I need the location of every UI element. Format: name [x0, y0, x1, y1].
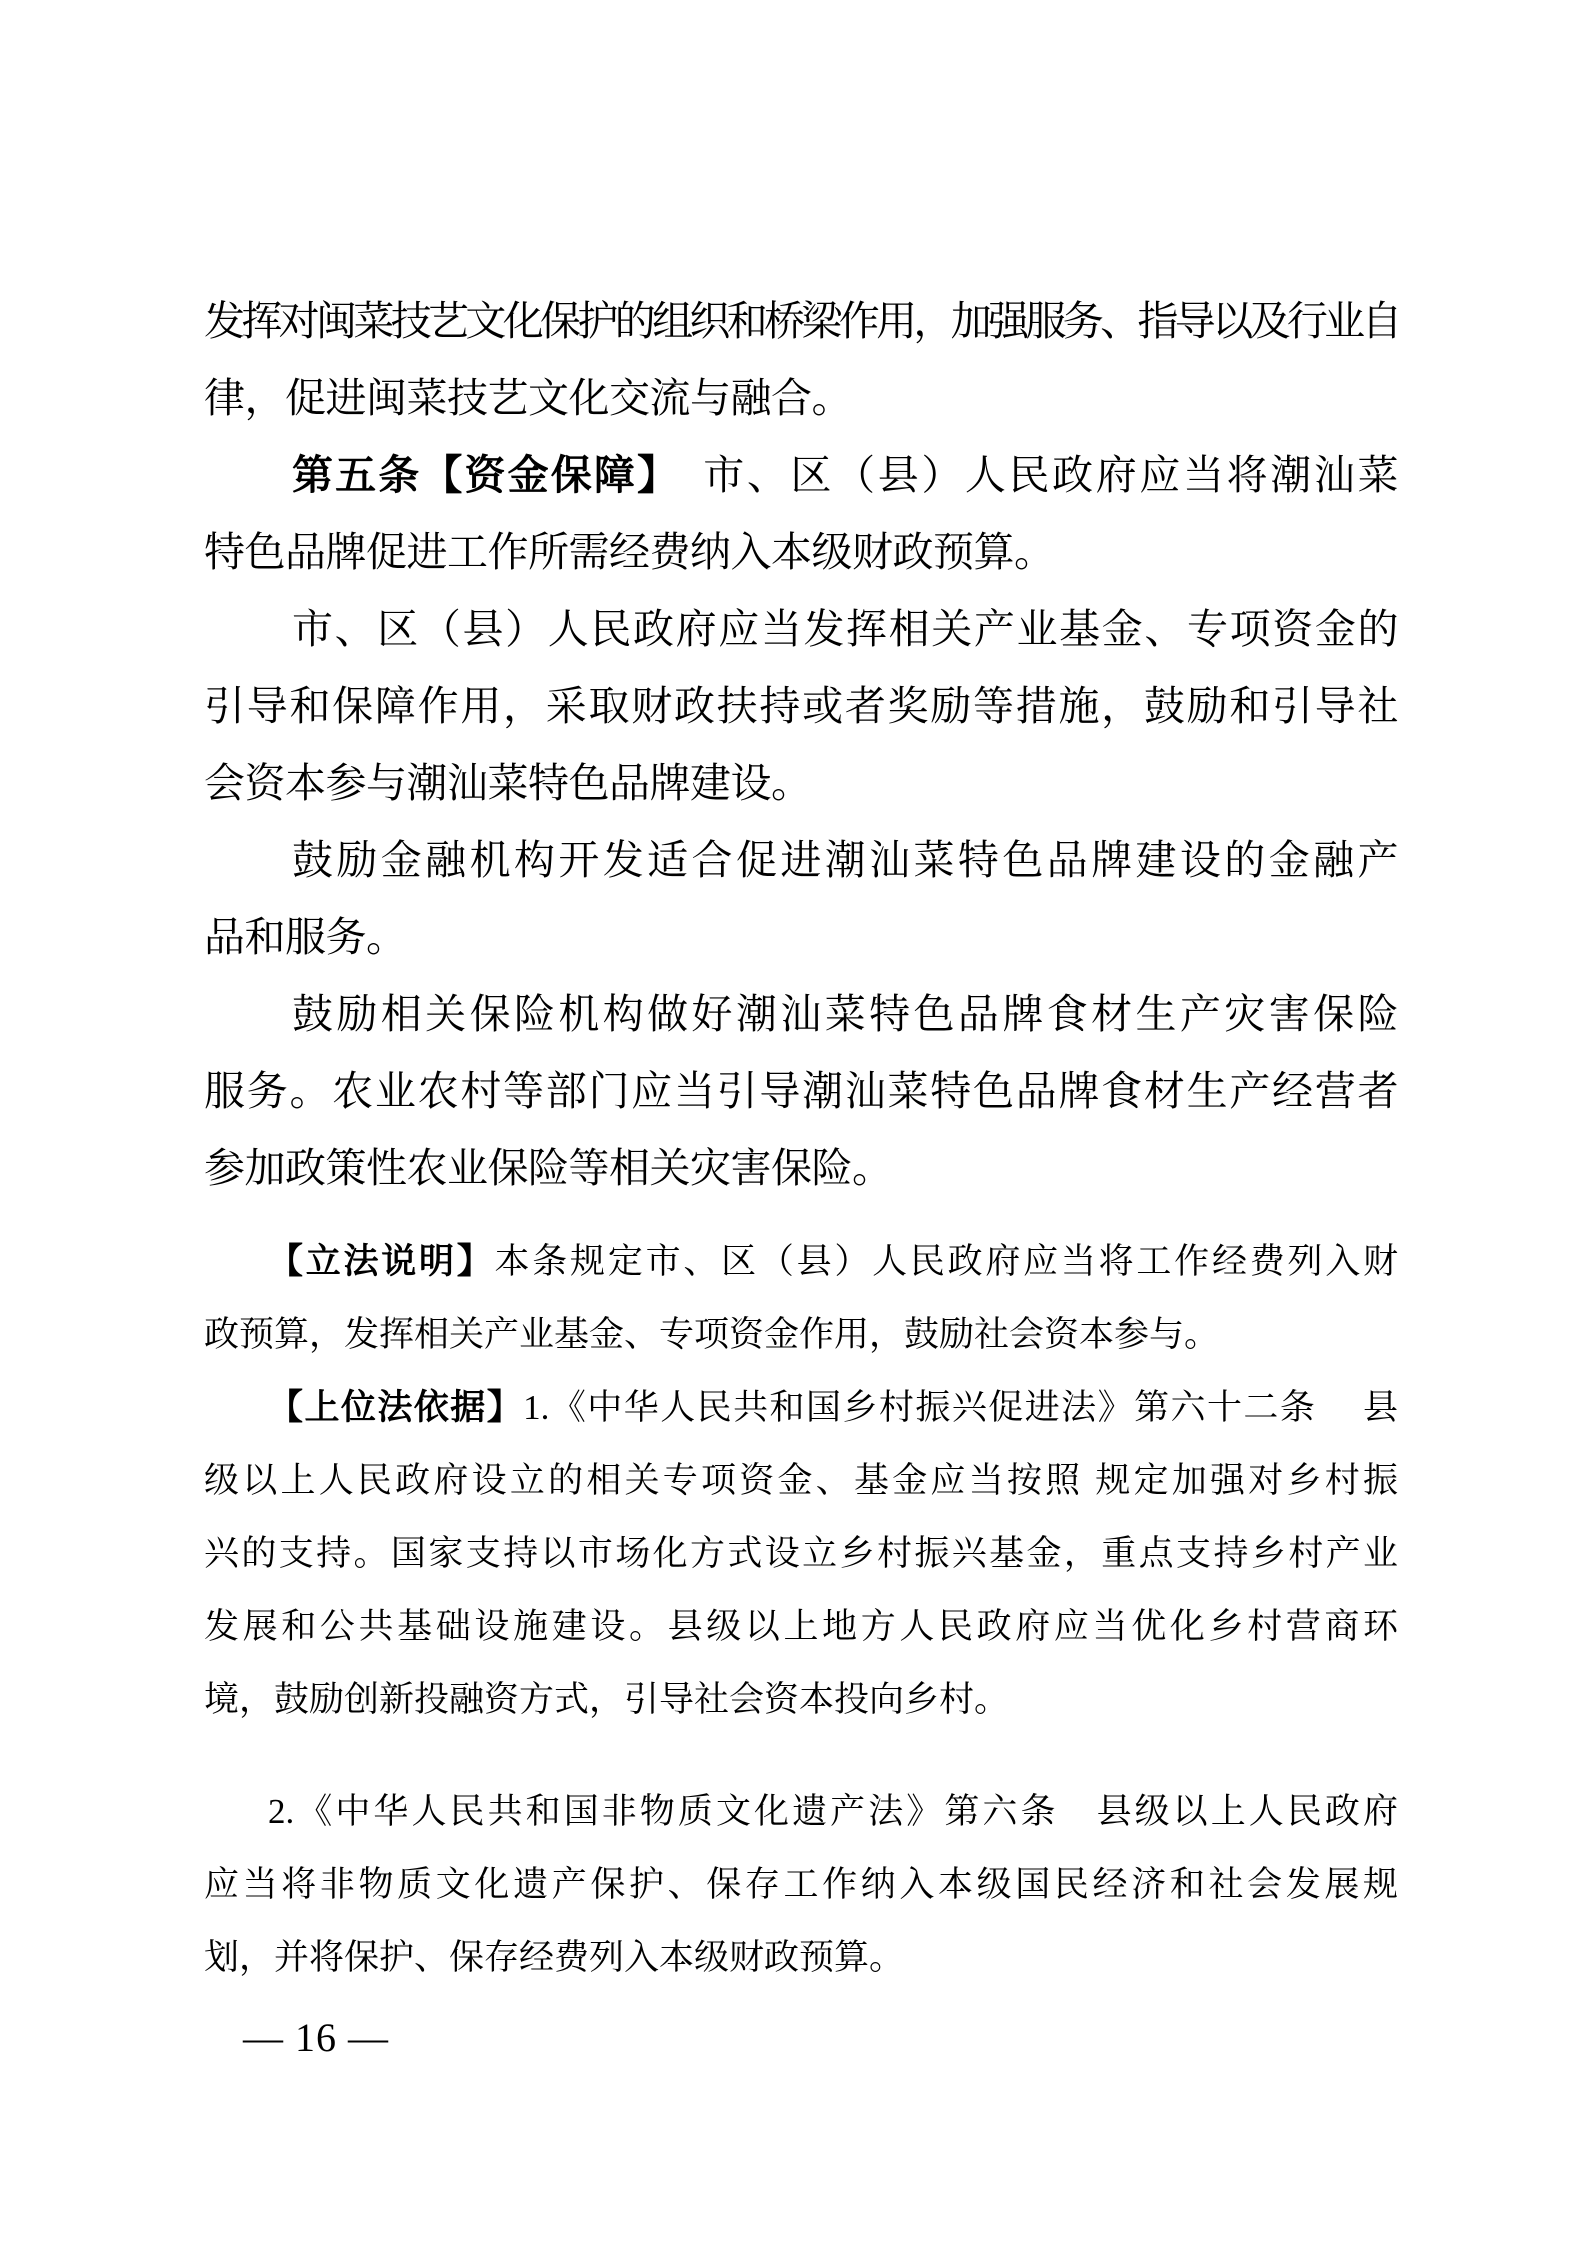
body-line-text: 发挥对闽菜技艺文化保护的组织和桥梁作用，加强服务、指导以及行业自: [204, 298, 1398, 344]
body-line: 参加政策性农业保险等相关灾害保险。: [204, 1130, 1398, 1207]
document-page: 发挥对闽菜技艺文化保护的组织和桥梁作用，加强服务、指导以及行业自 律，促进闽菜技…: [0, 0, 1587, 2245]
body-line-text: 律，促进闽菜技艺文化交流与融合。: [204, 375, 852, 421]
legal-basis-line: 境，鼓励创新投融资方式，引导社会资本投向乡村。: [204, 1663, 1398, 1736]
body-line: 鼓励金融机构开发适合促进潮汕菜特色品牌建设的金融产: [204, 822, 1398, 899]
body-line-text: 鼓励相关保险机构做好潮汕菜特色品牌食材生产灾害保险: [292, 991, 1398, 1037]
legal-basis-line: 划，并将保护、保存经费列入本级财政预算。: [204, 1921, 1398, 1994]
note-line-text: 级以上人民政府设立的相关专项资金、基金应当按照 规定加强对乡村振: [204, 1461, 1398, 1500]
article5-heading: 第五条【资金保障】: [292, 452, 660, 498]
note-line-text: 1.《中华人民共和国乡村振兴促进法》第六十二条 县: [523, 1388, 1398, 1427]
body-line-text: 会资本参与潮汕菜特色品牌建设。: [204, 760, 812, 806]
body-line-text: 引导和保障作用，采取财政扶持或者奖励等措施，鼓励和引导社: [204, 683, 1398, 729]
body-line: 引导和保障作用，采取财政扶持或者奖励等措施，鼓励和引导社: [204, 668, 1398, 745]
body-line: 特色品牌促进工作所需经费纳入本级财政预算。: [204, 514, 1398, 591]
legislative-note-line: 政预算，发挥相关产业基金、专项资金作用，鼓励社会资本参与。: [204, 1298, 1398, 1371]
body-line: 发挥对闽菜技艺文化保护的组织和桥梁作用，加强服务、指导以及行业自: [204, 283, 1398, 360]
note-line-text: 2.《中华人民共和国非物质文化遗产法》第六条 县级以上人民政府: [268, 1792, 1398, 1831]
note-line-text: 划，并将保护、保存经费列入本级财政预算。: [204, 1938, 904, 1977]
body-line-text: 服务。农业农村等部门应当引导潮汕菜特色品牌食材生产经营者: [204, 1068, 1398, 1114]
legal-basis-label: 【上位法依据】: [268, 1388, 523, 1427]
body-line-text: 参加政策性农业保险等相关灾害保险。: [204, 1145, 893, 1191]
note-line-text: 应当将非物质文化遗产保护、保存工作纳入本级国民经济和社会发展规: [204, 1865, 1398, 1904]
note-line-text: 发展和公共基础设施建设。县级以上地方人民政府应当优化乡村营商环: [204, 1607, 1398, 1646]
body-line: 律，促进闽菜技艺文化交流与融合。: [204, 360, 1398, 437]
legal-basis-line: 2.《中华人民共和国非物质文化遗产法》第六条 县级以上人民政府: [204, 1775, 1398, 1848]
legal-basis-line: 应当将非物质文化遗产保护、保存工作纳入本级国民经济和社会发展规: [204, 1848, 1398, 1921]
body-line: 鼓励相关保险机构做好潮汕菜特色品牌食材生产灾害保险: [204, 976, 1398, 1053]
body-line-text: 特色品牌促进工作所需经费纳入本级财政预算。: [204, 529, 1055, 575]
legal-basis-line: 发展和公共基础设施建设。县级以上地方人民政府应当优化乡村营商环: [204, 1590, 1398, 1663]
legislative-note-label: 【立法说明】: [268, 1242, 495, 1281]
note-line-text: 境，鼓励创新投融资方式，引导社会资本投向乡村。: [204, 1680, 1009, 1719]
body-line: 品和服务。: [204, 899, 1398, 976]
body-line: 市、区（县）人民政府应当发挥相关产业基金、专项资金的: [204, 591, 1398, 668]
body-line: 会资本参与潮汕菜特色品牌建设。: [204, 745, 1398, 822]
legal-basis-line: 【上位法依据】1.《中华人民共和国乡村振兴促进法》第六十二条 县: [204, 1371, 1398, 1444]
legislative-note-line: 【立法说明】本条规定市、区（县）人民政府应当将工作经费列入财: [204, 1225, 1398, 1298]
legal-basis-line: 级以上人民政府设立的相关专项资金、基金应当按照 规定加强对乡村振: [204, 1444, 1398, 1517]
body-line-text: 市、区（县）人民政府应当发挥相关产业基金、专项资金的: [292, 606, 1398, 652]
body-line: 服务。农业农村等部门应当引导潮汕菜特色品牌食材生产经营者: [204, 1053, 1398, 1130]
body-line-text: 鼓励金融机构开发适合促进潮汕菜特色品牌建设的金融产: [292, 837, 1398, 883]
body-line-article5: 第五条【资金保障】 市、区（县）人民政府应当将潮汕菜: [204, 437, 1398, 514]
page-number: — 16 —: [204, 2015, 1398, 2061]
body-line-text: 市、区（县）人民政府应当将潮汕菜: [660, 452, 1398, 498]
note-line-text: 兴的支持。国家支持以市场化方式设立乡村振兴基金，重点支持乡村产业: [204, 1534, 1398, 1573]
body-line-text: 品和服务。: [204, 914, 407, 960]
legal-basis-line: 兴的支持。国家支持以市场化方式设立乡村振兴基金，重点支持乡村产业: [204, 1517, 1398, 1590]
note-line-text: 政预算，发挥相关产业基金、专项资金作用，鼓励社会资本参与。: [204, 1315, 1219, 1354]
note-line-text: 本条规定市、区（县）人民政府应当将工作经费列入财: [495, 1242, 1398, 1281]
